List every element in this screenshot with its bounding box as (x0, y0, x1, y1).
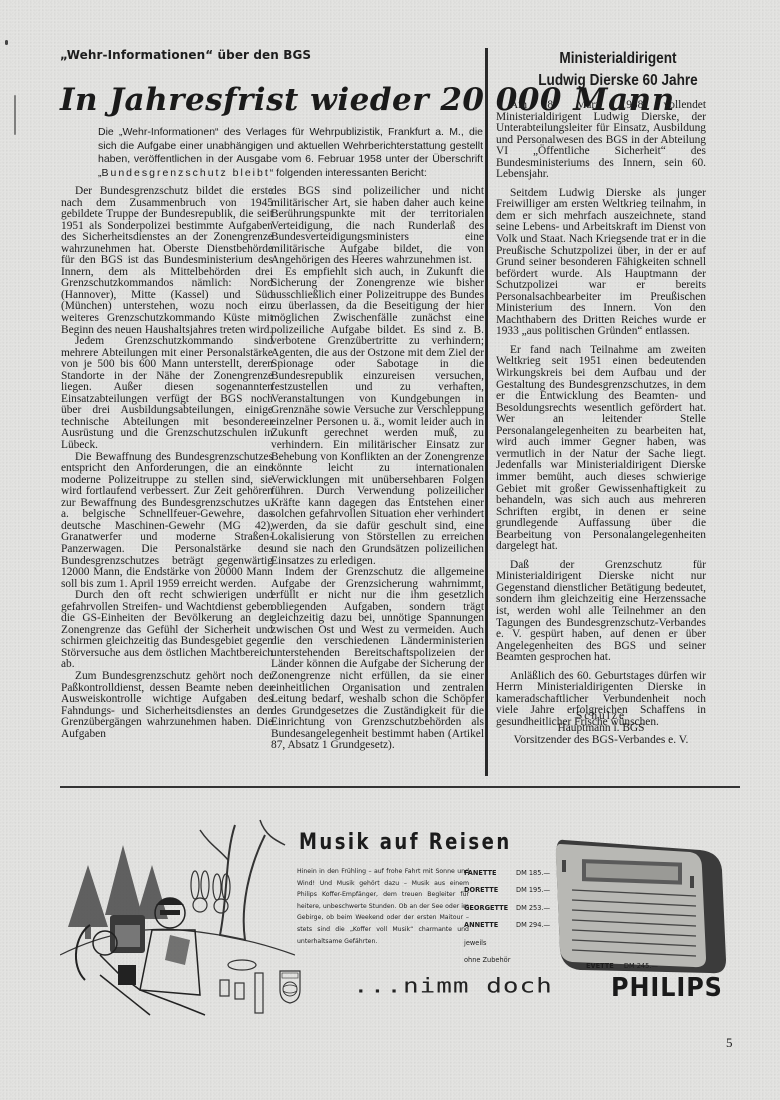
featured-model: EVETTE DM 245.— (586, 962, 658, 970)
paragraph: Zum Bundesgrenzschutz gehört noch der Pa… (61, 671, 273, 740)
model-price: DM 185.— (516, 869, 550, 877)
article-intro: Die „Wehr-Informationen“ des Verlages fü… (98, 126, 483, 181)
portable-radio-icon (550, 830, 736, 980)
section-divider (60, 786, 740, 788)
signature-name: Schulze (496, 710, 706, 722)
paragraph: des BGS sind polizeilicher und nicht mil… (271, 186, 484, 267)
intro-text-end: “ folgenden interessanten Bericht: (270, 167, 427, 179)
model-price: DM 195.— (516, 886, 550, 894)
model-name: ANNETTE (464, 921, 516, 929)
page-number: 5 (726, 1035, 733, 1051)
scan-mark (14, 95, 16, 135)
paragraph: Durch den oft recht schwierigen und gefa… (61, 590, 273, 671)
paragraph: Daß der Grenzschutz für Ministerialdirig… (496, 560, 706, 664)
side-title-line-2: Ludwig Dierske 60 Jahre (516, 70, 720, 92)
paragraph: Am 8. März 1958 vollendet Ministerialdir… (496, 100, 706, 181)
side-article-body: Am 8. März 1958 vollendet Ministerialdir… (496, 100, 706, 735)
featured-model-price: DM 245.— (624, 962, 658, 970)
model-price: DM 294.— (516, 921, 550, 929)
featured-model-name: EVETTE (586, 962, 614, 970)
paragraph: Er fand nach Teilnahme am zweiten Weltkr… (496, 345, 706, 553)
model-name: GEORGETTE (464, 904, 516, 912)
ad-copy: Hinein in den Frühling – auf frohe Fahrt… (297, 866, 469, 947)
paragraph: Indem der Grenzschutz die allgemeine Auf… (271, 567, 484, 752)
side-title-line-1: Ministerialdirigent (516, 48, 720, 70)
signature-role: Vorsitzender des BGS-Verbandes e. V. (496, 734, 706, 746)
article-column-2: des BGS sind polizeilicher und nicht mil… (271, 186, 484, 752)
picnic-illustration-icon (60, 815, 295, 1020)
model-price: DM 253.— (516, 904, 550, 912)
philips-shield-logo-icon (279, 970, 301, 1004)
article-kicker: „Wehr-Informationen“ über den BGS (60, 48, 311, 62)
article-column-1: Der Bundesgrenzschutz bildet die erste n… (61, 186, 273, 740)
intro-quoted-title: Bundesgrenzschutz bleibt (102, 167, 270, 179)
philips-advertisement: Musik auf Reisen Hinein in den Frühling … (60, 790, 740, 1010)
ad-title: Musik auf Reisen (299, 830, 512, 855)
ad-slogan: ...nimm doch (353, 974, 553, 998)
scan-mark (5, 40, 8, 45)
model-name: DORETTE (464, 886, 516, 894)
model-name: FANETTE (464, 869, 516, 877)
column-divider (485, 48, 488, 776)
signature-block: Schulze Hauptmann i. BGS Vorsitzender de… (496, 710, 706, 746)
paragraph: Es empfiehlt sich auch, in Zukunft die S… (271, 267, 484, 567)
paragraph: Die Bewaffnung des Bundesgrenzschutzes e… (61, 452, 273, 591)
paragraph: Seitdem Ludwig Dierske als junger Freiwi… (496, 188, 706, 338)
article-headline: In Jahresfrist wieder 20 000 Mann (60, 82, 480, 118)
paragraph: Der Bundesgrenzschutz bildet die erste n… (61, 186, 273, 336)
side-article-title: Ministerialdirigent Ludwig Dierske 60 Ja… (516, 48, 720, 92)
paragraph: Jedem Grenzschutzkommando sind mehrere A… (61, 336, 273, 451)
ad-brand-logo: PHILIPS (611, 973, 723, 1003)
signature-rank: Hauptmann i. BGS (496, 722, 706, 734)
